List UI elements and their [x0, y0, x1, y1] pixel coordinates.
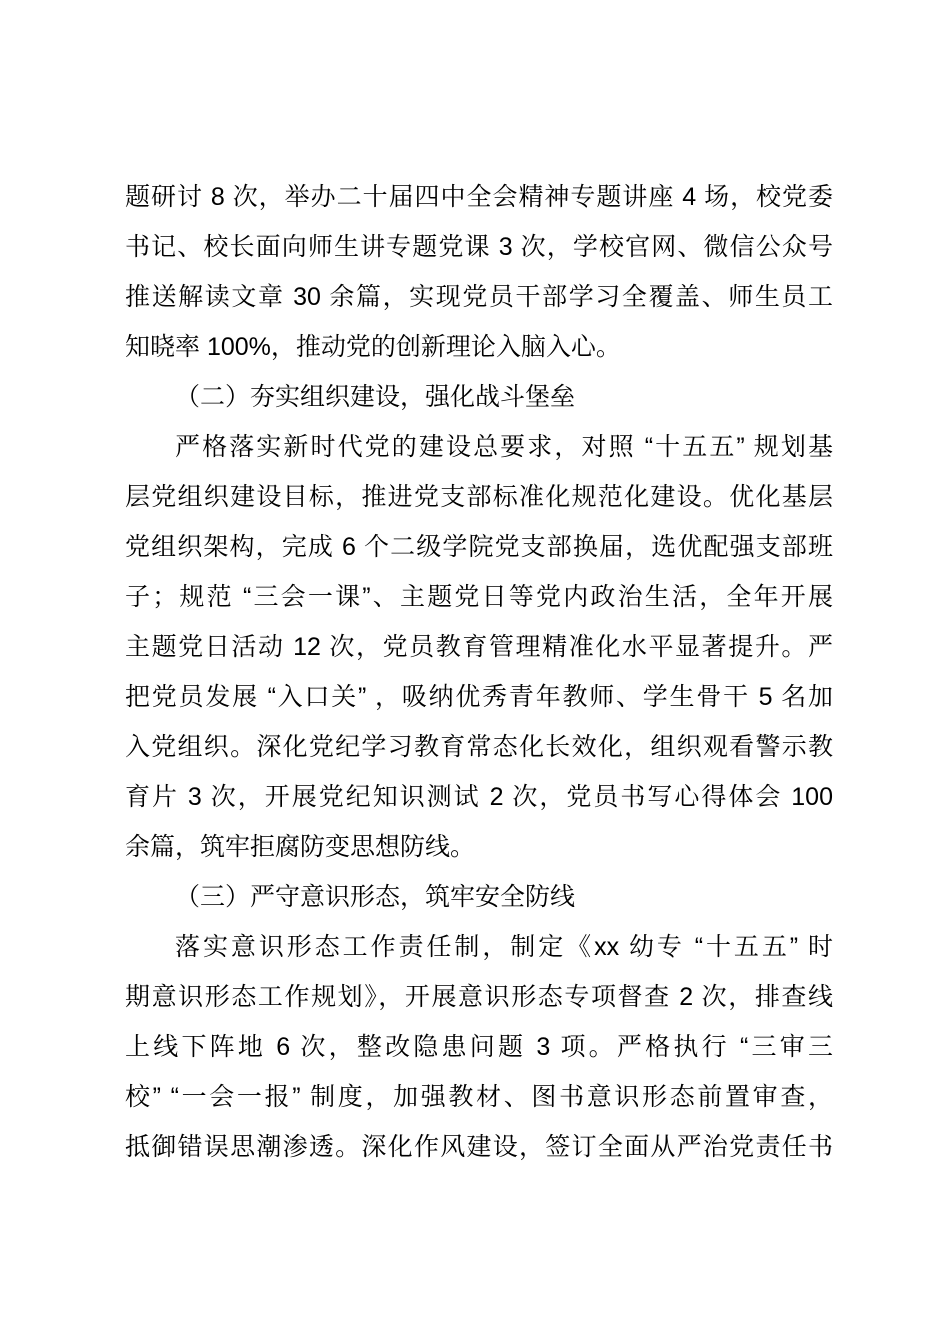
text-line: 育片 3 次，开展党纪知识测试 2 次，党员书写心得体会 100	[125, 772, 833, 822]
text-line: 推送解读文章 30 余篇，实现党员干部学习全覆盖、师生员工	[125, 272, 833, 322]
text-line: 把党员发展 “入口关” ，吸纳优秀青年教师、学生骨干 5 名加	[125, 672, 833, 722]
text-line: 余篇，筑牢拒腐防变思想防线。	[125, 822, 833, 872]
document-body: 题研讨 8 次，举办二十届四中全会精神专题讲座 4 场，校党委书记、校长面向师生…	[125, 172, 833, 1172]
text-line: 子；规范 “三会一课”、主题党日等党内政治生活，全年开展	[125, 572, 833, 622]
text-line: 书记、校长面向师生讲专题党课 3 次，学校官网、微信公众号	[125, 222, 833, 272]
document-page: 题研讨 8 次，举办二十届四中全会精神专题讲座 4 场，校党委书记、校长面向师生…	[0, 0, 950, 1344]
text-line: 期意识形态工作规划》，开展意识形态专项督查 2 次，排查线	[125, 972, 833, 1022]
text-line: 上线下阵地 6 次，整改隐患问题 3 项。严格执行 “三审三	[125, 1022, 833, 1072]
text-line: 知晓率 100%，推动党的创新理论入脑入心。	[125, 322, 833, 372]
text-line: 题研讨 8 次，举办二十届四中全会精神专题讲座 4 场，校党委	[125, 172, 833, 222]
text-line: 入党组织。深化党纪学习教育常态化长效化，组织观看警示教	[125, 722, 833, 772]
text-line: 抵御错误思潮渗透。深化作风建设，签订全面从严治党责任书	[125, 1122, 833, 1172]
text-line: 落实意识形态工作责任制，制定《xx 幼专 “十五五” 时	[125, 922, 833, 972]
section-heading: （三）严守意识形态，筑牢安全防线	[125, 872, 833, 922]
section-heading: （二）夯实组织建设，强化战斗堡垒	[125, 372, 833, 422]
text-line: 校” “一会一报” 制度，加强教材、图书意识形态前置审查，	[125, 1072, 833, 1122]
text-line: 主题党日活动 12 次，党员教育管理精准化水平显著提升。严	[125, 622, 833, 672]
text-line: 严格落实新时代党的建设总要求，对照 “十五五” 规划基	[125, 422, 833, 472]
text-line: 层党组织建设目标，推进党支部标准化规范化建设。优化基层	[125, 472, 833, 522]
text-line: 党组织架构，完成 6 个二级学院党支部换届，选优配强支部班	[125, 522, 833, 572]
